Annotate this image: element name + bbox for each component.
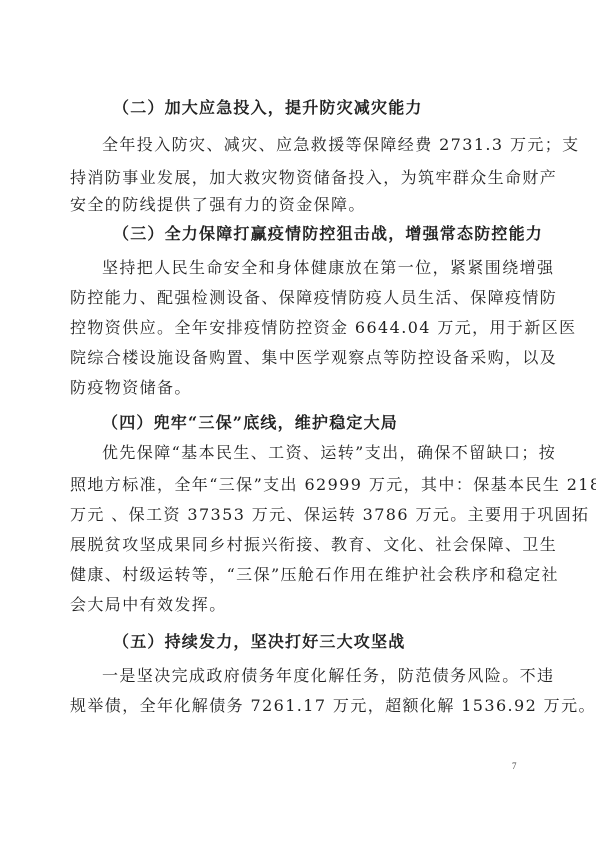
paragraph-line: 防疫物资储备。 <box>70 378 526 398</box>
paragraph-line: 安全的防线提供了强有力的资金保障。 <box>70 195 526 215</box>
paragraph-line: 控物资供应。全年安排疫情防控资金 6644.04 万元，用于新区医 <box>70 318 526 338</box>
paragraph-line: 展脱贫攻坚成果同乡村振兴衔接、教育、文化、社会保障、卫生 <box>70 535 526 555</box>
paragraph-line: 持消防事业发展，加大救灾物资储备投入，为筑牢群众生命财产 <box>70 168 526 188</box>
paragraph-line: 健康、村级运转等，“三保”压舱石作用在维护社会秩序和稳定社 <box>70 565 526 585</box>
section-heading-4: （四）兜牢“三保”底线，维护稳定大局 <box>102 413 558 433</box>
paragraph-line: 院综合楼设施设备购置、集中医学观察点等防控设备采购，以及 <box>70 348 526 368</box>
paragraph-line: 规举债，全年化解债务 7261.17 万元，超额化解 1536.92 万元。 <box>70 696 526 716</box>
section-heading-2: （二）加大应急投入，提升防灾减灾能力 <box>113 98 569 118</box>
paragraph-line: 一是坚决完成政府债务年度化解任务，防范债务风险。不违 <box>102 666 558 686</box>
paragraph-line: 优先保障“基本民生、工资、运转”支出，确保不留缺口；按 <box>102 443 558 463</box>
section-heading-3: （三）全力保障打赢疫情防控狙击战，增强常态防控能力 <box>113 224 569 244</box>
section-heading-5: （五）持续发力，坚决打好三大攻坚战 <box>113 632 569 652</box>
paragraph-line: 坚持把人民生命安全和身体健康放在第一位，紧紧围绕增强 <box>102 258 558 278</box>
page-number: 7 <box>512 761 517 771</box>
paragraph-line: 万元 、保工资 37353 万元、保运转 3786 万元。主要用于巩固拓 <box>70 505 526 525</box>
paragraph-line: 照地方标准，全年“三保”支出 62999 万元，其中：保基本民生 21860 <box>70 475 526 495</box>
paragraph-line: 会大局中有效发挥。 <box>70 595 526 615</box>
document-page: （二）加大应急投入，提升防灾减灾能力 全年投入防灾、减灾、应急救援等保障经费 2… <box>0 0 596 842</box>
paragraph-line: 防控能力、配强检测设备、保障疫情防疫人员生活、保障疫情防 <box>70 288 526 308</box>
paragraph-line: 全年投入防灾、减灾、应急救援等保障经费 2731.3 万元；支 <box>102 135 558 155</box>
